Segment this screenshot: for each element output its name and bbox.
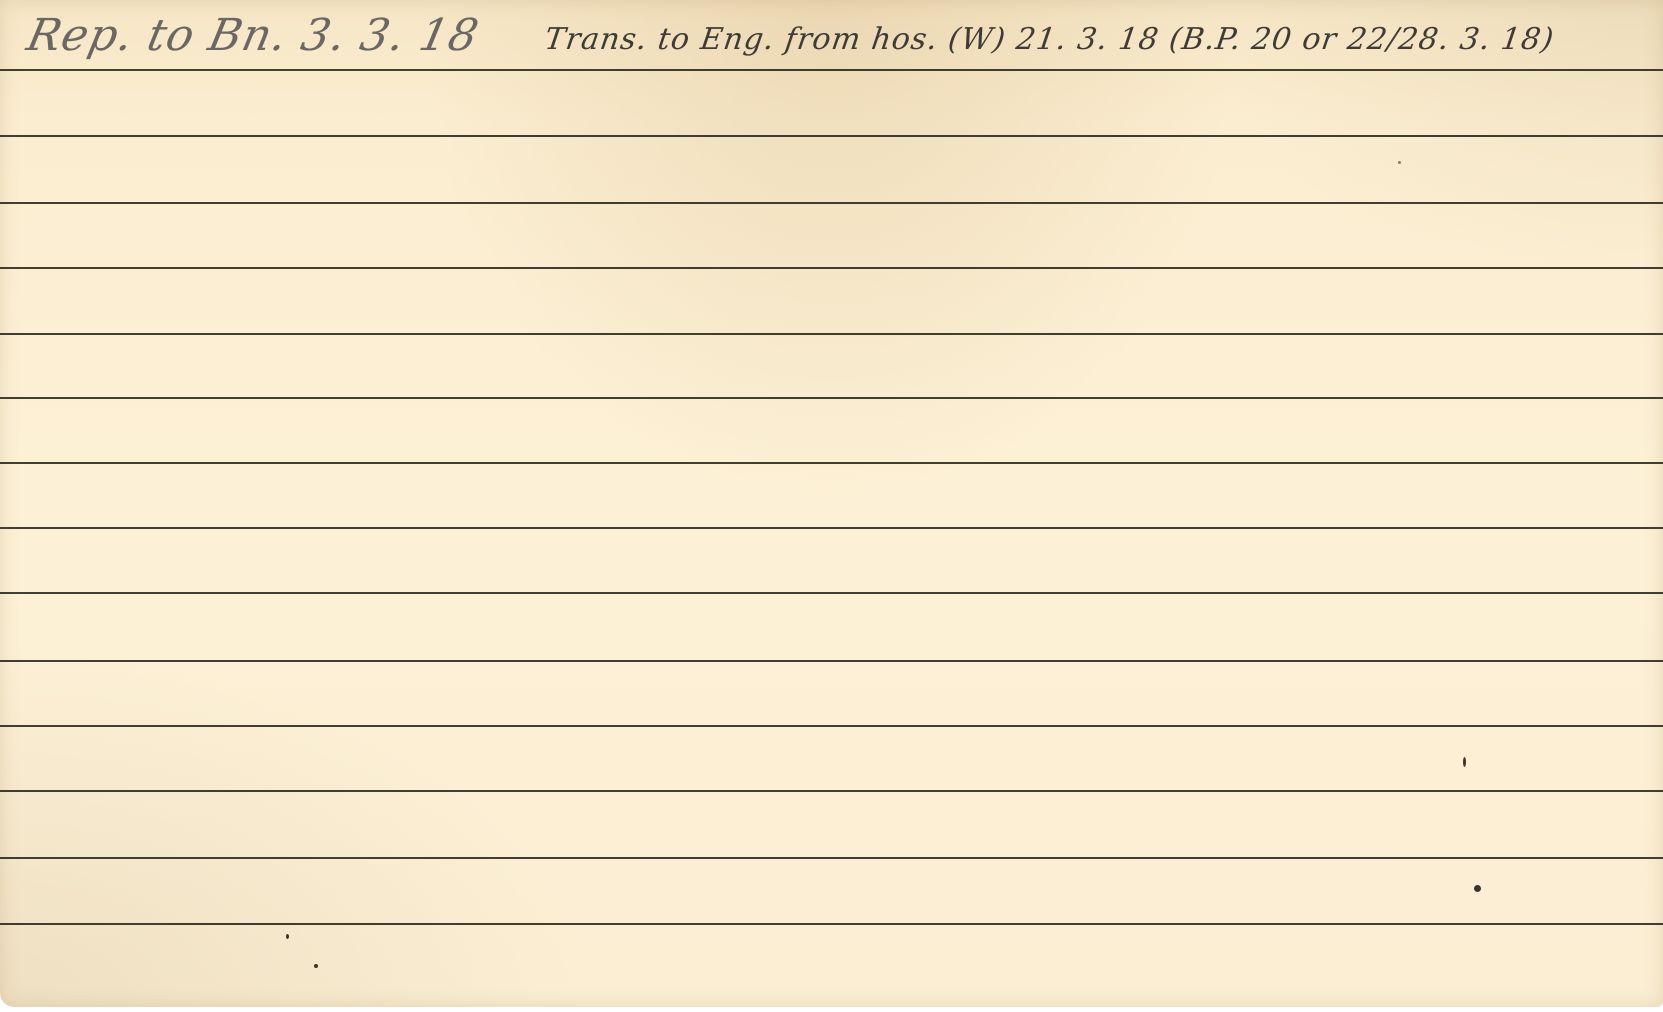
ruled-line	[0, 725, 1663, 727]
ruled-line	[0, 660, 1663, 662]
handwritten-entry-rejoined: Rep. to Bn. 3. 3. 18	[23, 10, 484, 61]
ruled-line	[0, 333, 1663, 335]
ruled-line	[0, 592, 1663, 594]
ink-speck	[1463, 757, 1466, 767]
ruled-line	[0, 790, 1663, 792]
ink-speck	[1398, 161, 1401, 164]
ruled-line	[0, 267, 1663, 269]
ruled-line	[0, 857, 1663, 859]
ink-speck	[1474, 885, 1481, 892]
ruled-line	[0, 135, 1663, 137]
ruled-line	[0, 397, 1663, 399]
handwritten-entry-transfer: Trans. to Eng. from hos. (W) 21. 3. 18 (…	[543, 22, 1557, 57]
ruled-line	[0, 527, 1663, 529]
ruled-line	[0, 69, 1663, 71]
ink-speck	[314, 964, 318, 968]
ruled-line	[0, 202, 1663, 204]
ink-speck	[286, 934, 289, 939]
ruled-line	[0, 462, 1663, 464]
record-card: Rep. to Bn. 3. 3. 18 Trans. to Eng. from…	[0, 0, 1663, 1007]
ruled-line	[0, 923, 1663, 925]
